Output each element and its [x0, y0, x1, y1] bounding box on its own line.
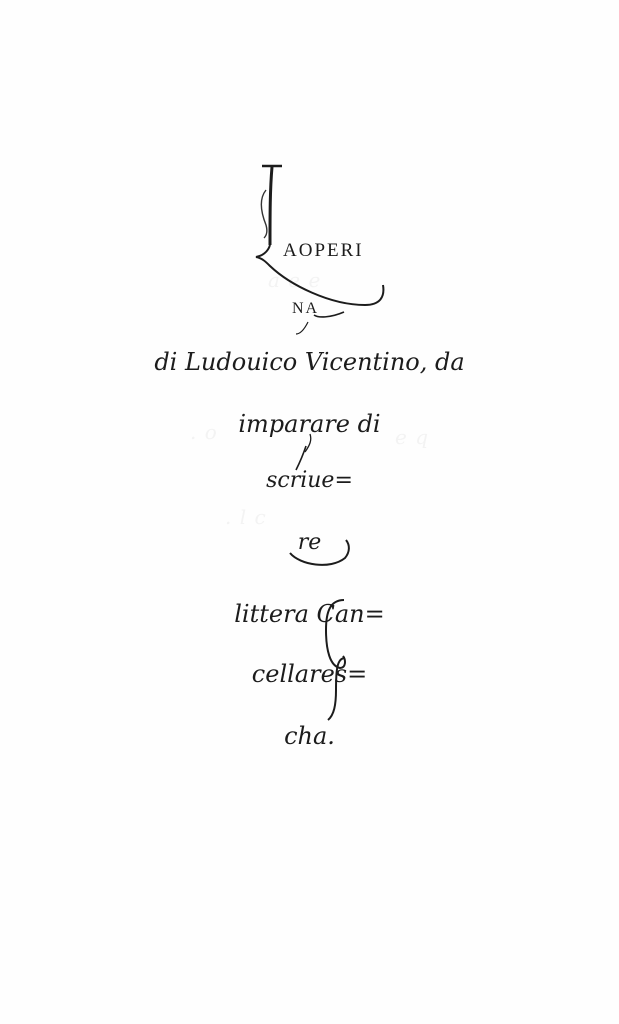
- document-page: a e e . o e q . l c AOPERI NA di Ludouic…: [0, 0, 619, 1024]
- title-line: scriue=: [0, 468, 619, 493]
- title-line: littera Can=: [0, 600, 619, 628]
- title-line-caps: AOPERI: [283, 240, 364, 262]
- title-line: di Ludouico Vicentino, da: [0, 348, 619, 376]
- title-line: cellares=: [0, 660, 619, 688]
- title-line-caps: NA: [292, 300, 319, 318]
- title-line: imparare di: [0, 410, 619, 438]
- title-line: re: [0, 530, 619, 555]
- title-line: cha.: [0, 722, 619, 750]
- calligraphic-flourish-icon: [0, 0, 619, 1024]
